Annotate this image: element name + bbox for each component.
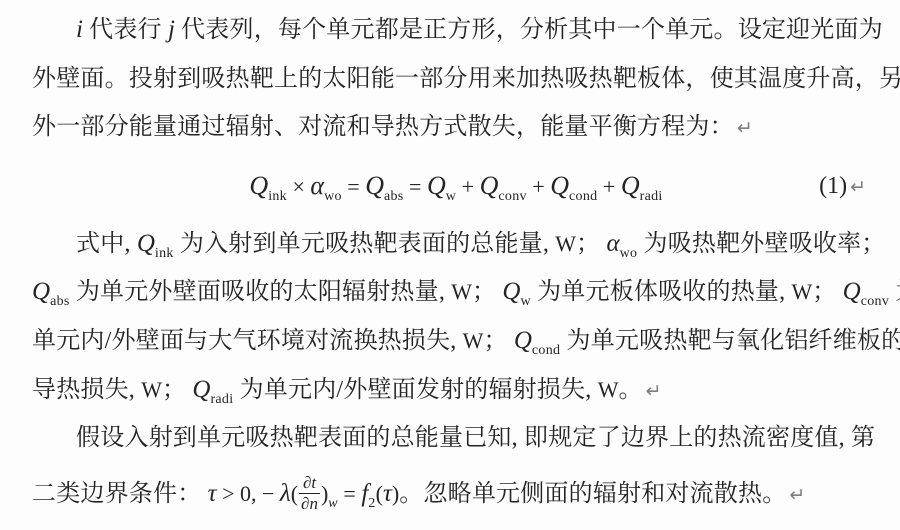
text-segment: λ bbox=[280, 480, 291, 507]
text-segment: radi bbox=[640, 189, 663, 204]
document-page: { "page": { "background": "#fdfdfd", "te… bbox=[0, 0, 900, 530]
text-segment: = bbox=[404, 174, 427, 199]
text-segment: Q bbox=[843, 278, 861, 305]
text-segment: Q bbox=[192, 376, 210, 403]
text-segment: α bbox=[310, 171, 324, 200]
text-segment: W bbox=[792, 279, 813, 304]
fraction-denominator: ∂n bbox=[299, 493, 320, 514]
text-segment: α bbox=[606, 230, 619, 257]
text-segment: ； bbox=[472, 279, 502, 305]
text-segment: cond bbox=[532, 343, 560, 358]
fraction-numerator: ∂t bbox=[301, 473, 318, 493]
para-3-line-1: 假设入射到单元吸热靶表面的总能量已知, 即规定了边界上的热流密度值, 第 bbox=[32, 414, 880, 463]
text-segment: 式中, bbox=[76, 231, 137, 257]
para-3-line-2: 二类边界条件： τ > 0, − λ(∂t∂n)w = f2(τ)。忽略单元侧面… bbox=[32, 463, 880, 525]
text-segment: τ bbox=[383, 480, 392, 507]
text-segment: ink bbox=[268, 189, 287, 204]
text-segment: conv bbox=[498, 189, 526, 204]
paragraph-mark-icon: ↵ bbox=[734, 117, 753, 139]
text-segment: ( bbox=[376, 481, 383, 506]
text-segment: 外壁面。投射到吸热靶上的太阳能一部分用来加热吸热靶板体，使其温度升高，另 bbox=[32, 66, 900, 92]
para-1-line-2: 外壁面。投射到吸热靶上的太阳能一部分用来加热吸热靶板体，使其温度升高，另 bbox=[32, 55, 880, 104]
text-segment: τ bbox=[208, 480, 217, 507]
text-segment: 为吸热靶外壁吸收率； bbox=[637, 231, 885, 257]
text-segment: 外一部分能量通过辐射、对流和导热方式散失，能量平衡方程为： bbox=[32, 114, 734, 140]
text-segment: ； bbox=[483, 328, 513, 354]
text-segment: + bbox=[456, 174, 479, 199]
text-segment: W bbox=[463, 328, 484, 353]
text-segment: Q bbox=[502, 278, 520, 305]
text-segment: 为单元内/外壁面发射的辐射损失, bbox=[233, 377, 597, 403]
text-segment: 代表列，每个单元都是正方形，分析其中一个单元。设定迎光面为 bbox=[175, 17, 883, 43]
text-segment: i bbox=[76, 16, 83, 43]
text-segment: ( bbox=[291, 481, 298, 506]
text-segment: wo bbox=[324, 189, 342, 204]
para-1-line-3: 外一部分能量通过辐射、对流和导热方式散失，能量平衡方程为：↵ bbox=[32, 103, 880, 152]
text-segment: 为单元外壁面吸收的太阳辐射热量, bbox=[70, 279, 452, 305]
text-segment: × bbox=[287, 174, 310, 199]
equation-number: (1)↵ bbox=[819, 152, 866, 221]
text-segment: 为 bbox=[889, 279, 900, 305]
text-segment: > 0, − bbox=[217, 481, 280, 506]
text-segment: Q bbox=[427, 171, 446, 200]
text-segment: ink bbox=[155, 246, 174, 261]
text-segment: radi bbox=[210, 392, 233, 407]
text-segment: W bbox=[598, 377, 619, 402]
equation: Qink × αwo = Qabs = Qw + Qconv + Qcond +… bbox=[249, 174, 662, 200]
fraction: ∂t∂n bbox=[299, 473, 320, 513]
paragraph-mark-icon: ↵ bbox=[643, 380, 662, 402]
text-segment: ； bbox=[162, 377, 192, 403]
text-segment: Q bbox=[137, 230, 155, 257]
text-segment: W bbox=[141, 377, 162, 402]
text-segment: W bbox=[451, 279, 472, 304]
text-segment: conv bbox=[861, 294, 889, 309]
para-2-line-1: 式中, Qink 为入射到单元吸热靶表面的总能量, W； αwo 为吸热靶外壁吸… bbox=[32, 220, 880, 269]
text-segment: wo bbox=[620, 246, 638, 261]
text-segment: 为单元吸热靶与氧化铝纤维板的 bbox=[560, 328, 900, 354]
text-segment: Q bbox=[621, 171, 640, 200]
text-segment: ； bbox=[812, 279, 842, 305]
para-1-line-1: i 代表行 j 代表列，每个单元都是正方形，分析其中一个单元。设定迎光面为 bbox=[32, 6, 880, 55]
text-segment: + bbox=[597, 174, 620, 199]
text-segment: 二类边界条件： bbox=[32, 481, 208, 507]
text-segment: j bbox=[168, 16, 175, 43]
text-segment: W bbox=[555, 231, 576, 256]
text-segment: abs bbox=[384, 189, 404, 204]
text-segment: Q bbox=[249, 171, 268, 200]
text-segment: 导热损失, bbox=[32, 377, 141, 403]
text-segment: 假设入射到单元吸热靶表面的总能量已知, 即规定了边界上的热流密度值, 第 bbox=[76, 425, 875, 451]
text-segment: 单元内/外壁面与大气环境对流换热损失, bbox=[32, 328, 463, 354]
text-segment: w bbox=[328, 496, 338, 511]
para-2-line-3: 单元内/外壁面与大气环境对流换热损失, W； Qcond 为单元吸热靶与氧化铝纤… bbox=[32, 317, 880, 366]
text-segment: Q bbox=[365, 171, 384, 200]
text-segment: w bbox=[520, 294, 530, 309]
text-segment: abs bbox=[50, 294, 70, 309]
text-segment: = bbox=[338, 481, 361, 506]
text-segment: 为单元板体吸收的热量, bbox=[531, 279, 792, 305]
document-body: i 代表行 j 代表列，每个单元都是正方形，分析其中一个单元。设定迎光面为外壁面… bbox=[0, 0, 900, 530]
text-segment: 代表行 bbox=[83, 17, 168, 43]
text-segment: Q bbox=[480, 171, 499, 200]
text-segment: 2 bbox=[368, 496, 375, 511]
text-segment: Q bbox=[32, 278, 50, 305]
para-2-line-4: 导热损失, W； Qradi 为单元内/外壁面发射的辐射损失, W。↵ bbox=[32, 366, 880, 415]
equation-number-label: (1) bbox=[819, 173, 847, 199]
text-segment: + bbox=[527, 174, 550, 199]
energy-balance-equation: Qink × αwo = Qabs = Qw + Qconv + Qcond +… bbox=[32, 152, 880, 220]
text-segment: 为入射到单元吸热靶表面的总能量, bbox=[174, 231, 556, 257]
text-segment: Q bbox=[514, 327, 532, 354]
paragraph-mark-icon: ↵ bbox=[786, 484, 805, 506]
text-segment: ； bbox=[576, 231, 606, 257]
text-segment: cond bbox=[569, 189, 597, 204]
text-segment: 。 bbox=[618, 377, 642, 403]
para-2-line-2: Qabs 为单元外壁面吸收的太阳辐射热量, W； Qw 为单元板体吸收的热量, … bbox=[32, 268, 880, 317]
text-segment: = bbox=[342, 174, 365, 199]
text-segment: Q bbox=[550, 171, 569, 200]
paragraph-mark-icon: ↵ bbox=[847, 176, 866, 198]
text-segment: w bbox=[446, 189, 456, 204]
text-segment: 。忽略单元侧面的辐射和对流散热。 bbox=[399, 481, 786, 507]
